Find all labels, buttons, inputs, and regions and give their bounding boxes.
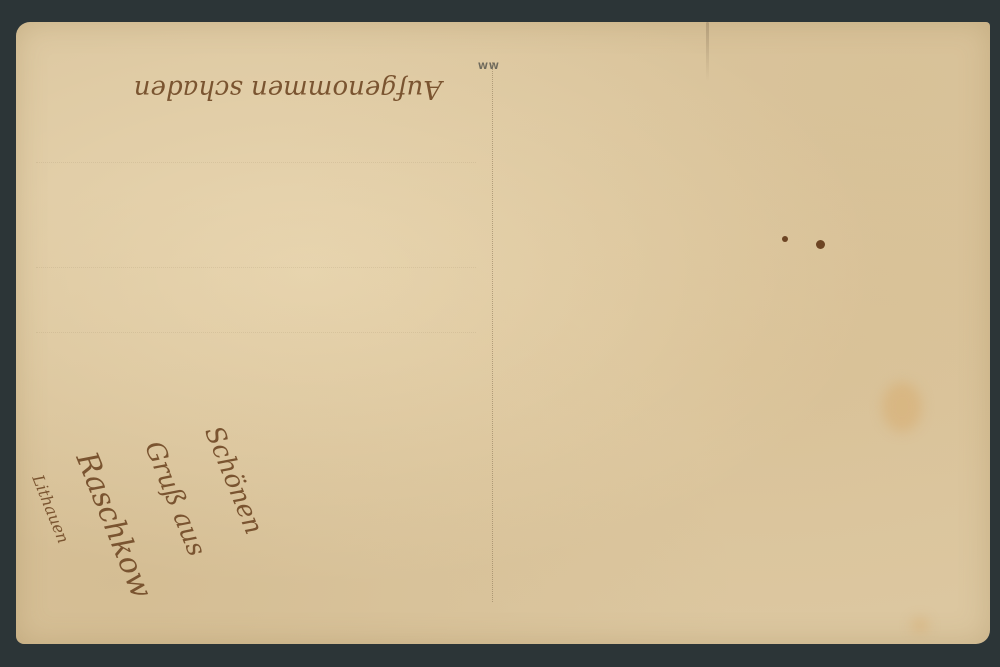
center-divider-line <box>492 62 493 602</box>
maker-mark: WW <box>478 62 500 72</box>
ink-spot <box>782 236 788 242</box>
address-guide-line <box>36 332 476 333</box>
handwritten-line-2: Gruß aus <box>138 437 211 561</box>
handwritten-line-1: Schönen <box>198 422 268 539</box>
paper-crease <box>706 22 709 82</box>
handwritten-line-3: Raschkow <box>69 447 159 603</box>
address-guide-line <box>36 162 476 163</box>
postcard-back: WW Aufgenommen schaden Schönen Gruß aus … <box>16 22 990 644</box>
water-stain <box>911 618 929 632</box>
ink-spot <box>816 240 825 249</box>
handwritten-line-4: Lithauen <box>28 472 73 546</box>
handwritten-top-line: Aufgenommen schaden <box>134 74 442 104</box>
address-guide-line <box>36 267 476 268</box>
water-stain <box>882 382 922 432</box>
